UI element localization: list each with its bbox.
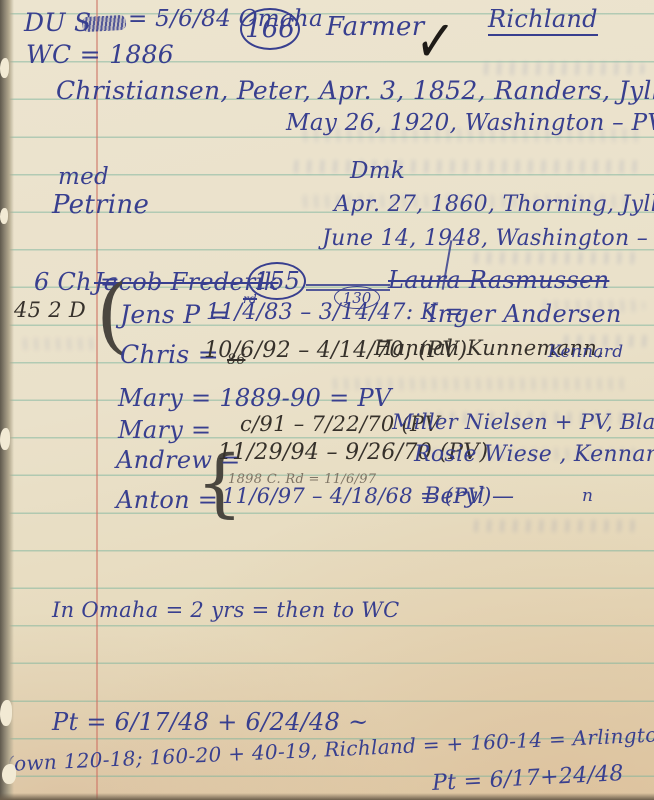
paper-speck	[0, 700, 12, 726]
pt-dates-note: Pt = 6/17/48 + 6/24/48 ~	[52, 708, 369, 736]
child-mary1-line: Mary = 1889-90 = PV	[118, 384, 392, 412]
notebook-page: DU S = 5/6/84 Omaha 166 Farmer ✓ Richlan…	[0, 0, 654, 800]
paper-speck	[0, 428, 10, 450]
child-mary2-spouse: Miller Nielsen + PV, Blair	[392, 410, 654, 434]
person-name-birth: Christiansen, Peter, Apr. 3, 1852, Rande…	[56, 76, 654, 105]
child-anton-spouse: Beryl —	[424, 484, 514, 509]
checkmark-icon: ✓	[413, 2, 457, 80]
bleedthrough-smudge	[470, 520, 640, 532]
jens-superscript: rd	[243, 292, 257, 306]
child-jacob-spouse: Laura Rasmussen	[388, 266, 609, 294]
town-note: Richland	[488, 5, 598, 36]
circled-number-130: 130	[334, 286, 380, 309]
wc-year-note: WC = 1886	[26, 40, 174, 69]
paper-speck	[0, 58, 9, 78]
red-margin-line	[96, 0, 98, 800]
omaha-residence-note: In Omaha = 2 yrs = then to WC	[52, 598, 400, 622]
child-jens-spouse: Inger Andersen	[428, 300, 622, 328]
bleedthrough-smudge	[290, 160, 640, 173]
occupation-note: Farmer	[326, 12, 424, 42]
child-andrew-spouse: Rosie Wiese , Kennard	[414, 442, 654, 467]
scribbled-out-word	[82, 15, 127, 32]
spouse-name: Petrine	[52, 190, 149, 220]
bleedthrough-smudge	[480, 62, 645, 75]
paper-speck	[2, 764, 16, 784]
torn-page-edge	[0, 0, 14, 800]
bleedthrough-smudge	[470, 252, 640, 264]
ditto-mark: n	[582, 486, 593, 506]
pt-dates-note-2: Pt = 6/17+24/48	[431, 761, 624, 796]
child-anton-name: Anton =	[116, 486, 218, 514]
country-abbrev: Dmk	[350, 158, 405, 184]
paper-speck	[0, 208, 8, 224]
spouse-death: June 14, 1948, Washington – PV	[322, 226, 654, 251]
margin-note: 45 2 D	[14, 298, 86, 322]
chris-struck-year: 86	[227, 352, 245, 368]
spouse-birth: Apr. 27, 1860, Thorning, Jylland	[334, 192, 654, 217]
child-chris-place: Kennard	[548, 342, 623, 362]
circled-number-166: 166	[240, 8, 300, 50]
page-bottom-edge	[0, 793, 654, 800]
strike-line	[306, 284, 390, 286]
person-death: May 26, 1920, Washington – PV	[286, 110, 654, 136]
med-label: med	[58, 164, 109, 190]
bleedthrough-smudge	[20, 338, 100, 350]
